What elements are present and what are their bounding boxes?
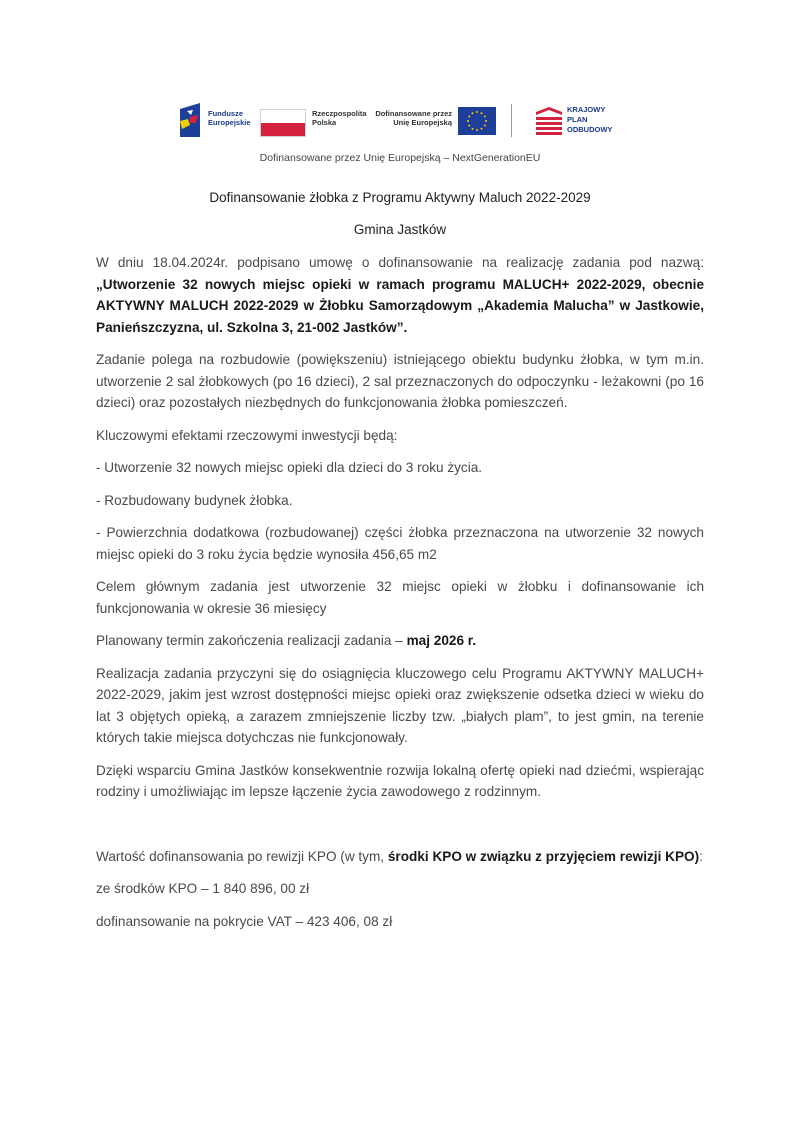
key-effects-heading: Kluczowymi efektami rzeczowymi inwestycj… xyxy=(96,425,704,447)
funding-heading: Wartość dofinansowania po rewizji KPO (w… xyxy=(96,846,704,868)
polish-flag-icon xyxy=(260,109,306,137)
kpo-label: KRAJOWY PLAN ODBUDOWY xyxy=(567,105,612,135)
rp-line2: Polska xyxy=(312,118,367,127)
support-paragraph: Dzięki wsparciu Gmina Jastków konsekwent… xyxy=(96,760,704,803)
completion-date-paragraph: Planowany termin zakończenia realizacji … xyxy=(96,630,704,652)
document-body: W dniu 18.04.2024r. podpisano umowę o do… xyxy=(96,252,704,943)
funding-vat-amount: dofinansowanie na pokrycie VAT – 423 406… xyxy=(96,911,704,933)
funding-intro: Wartość dofinansowania po rewizji KPO (w… xyxy=(96,849,388,864)
eu-flag-icon xyxy=(458,107,496,135)
main-goal-paragraph: Celem głównym zadania jest utworzenie 32… xyxy=(96,576,704,619)
kpo-line2: PLAN xyxy=(567,115,612,125)
nextgenerationeu-caption: Dofinansowane przez Unię Europejską – Ne… xyxy=(0,152,800,164)
agreement-intro: W dniu 18.04.2024r. podpisano umowę o do… xyxy=(96,255,704,270)
funding-colon: : xyxy=(699,849,703,864)
eu-line1: Dofinansowane przez xyxy=(368,109,452,118)
fe-line2: Europejskie xyxy=(208,118,251,127)
effect-item: - Rozbudowany budynek żłobka. xyxy=(96,490,704,512)
completion-date-value: maj 2026 r. xyxy=(407,633,477,648)
fundusze-europejskie-label: Fundusze Europejskie xyxy=(208,109,251,127)
effect-item: - Utworzenie 32 nowych miejsc opieki dla… xyxy=(96,457,704,479)
eu-cofunded-label: Dofinansowane przez Unię Europejską xyxy=(368,109,452,127)
document-title: Dofinansowanie żłobka z Programu Aktywny… xyxy=(0,190,800,205)
effect-item: - Powierzchnia dodatkowa (rozbudowanej) … xyxy=(96,522,704,565)
rp-line1: Rzeczpospolita xyxy=(312,109,367,118)
task-description: Zadanie polega na rozbudowie (powiększen… xyxy=(96,349,704,414)
completion-date-label: Planowany termin zakończenia realizacji … xyxy=(96,633,407,648)
task-name: „Utworzenie 32 nowych miejsc opieki w ra… xyxy=(96,277,704,335)
logo-bar: Fundusze Europejskie Rzeczpospolita Pols… xyxy=(178,101,628,141)
fe-line1: Fundusze xyxy=(208,109,251,118)
document-subtitle: Gmina Jastków xyxy=(0,222,800,237)
logo-divider xyxy=(511,104,512,137)
kpo-line1: KRAJOWY xyxy=(567,105,612,115)
agreement-paragraph: W dniu 18.04.2024r. podpisano umowę o do… xyxy=(96,252,704,338)
funding-kpo-amount: ze środków KPO – 1 840 896, 00 zł xyxy=(96,878,704,900)
program-goal-paragraph: Realizacja zadania przyczyni się do osią… xyxy=(96,663,704,749)
funding-bold: środki KPO w związku z przyjęciem rewizj… xyxy=(388,849,699,864)
kpo-line3: ODBUDOWY xyxy=(567,125,612,135)
krajowy-plan-odbudowy-logo-icon xyxy=(536,107,562,135)
fundusze-europejskie-logo-icon xyxy=(178,103,202,137)
eu-line2: Unię Europejską xyxy=(368,118,452,127)
rzeczpospolita-label: Rzeczpospolita Polska xyxy=(312,109,367,127)
